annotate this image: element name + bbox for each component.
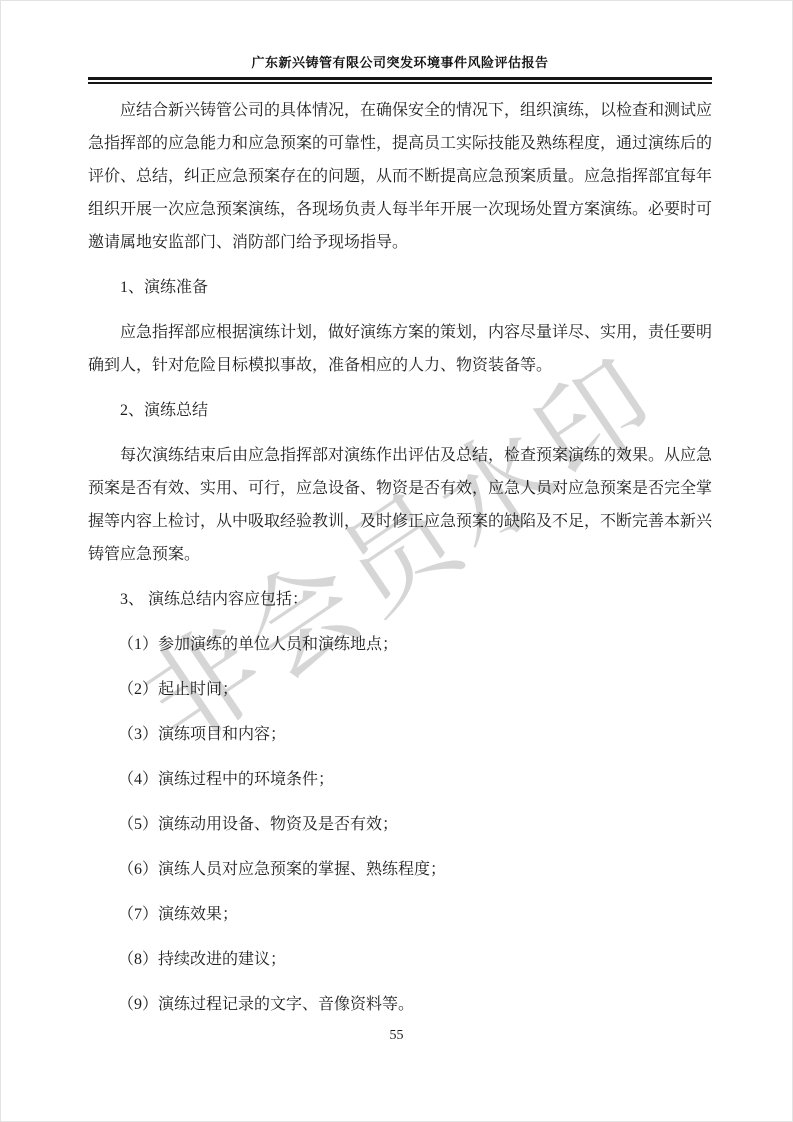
page-content: 广东新兴铸管有限公司突发环境事件风险评估报告 应结合新兴铸管公司的具体情况，在确… — [0, 0, 793, 1021]
list-item-6: （6）演练人员对应急预案的掌握、熟练程度； — [88, 853, 712, 886]
section-3-heading: 3、 演练总结内容应包括： — [88, 583, 712, 616]
header-title: 广东新兴铸管有限公司突发环境事件风险评估报告 — [88, 52, 712, 71]
list-item-1: （1）参加演练的单位人员和演练地点； — [88, 628, 712, 661]
section-1-paragraph: 应急指挥部应根据演练计划，做好演练方案的策划，内容尽量详尽、实用，责任要明确到人… — [88, 316, 712, 382]
header-double-rule — [88, 77, 712, 84]
list-item-9: （9）演练过程记录的文字、音像资料等。 — [88, 988, 712, 1021]
list-item-4: （4）演练过程中的环境条件； — [88, 763, 712, 796]
section-2-paragraph: 每次演练结束后由应急指挥部对演练作出评估及总结，检查预案演练的效果。从应急预案是… — [88, 439, 712, 571]
page-number: 55 — [0, 1028, 793, 1044]
intro-paragraph: 应结合新兴铸管公司的具体情况，在确保安全的情况下，组织演练，以检查和测试应急指挥… — [88, 94, 712, 259]
list-item-7: （7）演练效果； — [88, 898, 712, 931]
list-item-3: （3）演练项目和内容； — [88, 718, 712, 751]
list-item-2: （2）起止时间； — [88, 673, 712, 706]
section-2-heading: 2、演练总结 — [88, 394, 712, 427]
document-body: 应结合新兴铸管公司的具体情况，在确保安全的情况下，组织演练，以检查和测试应急指挥… — [88, 84, 712, 1021]
page-header: 广东新兴铸管有限公司突发环境事件风险评估报告 — [88, 0, 712, 84]
list-item-8: （8）持续改进的建议； — [88, 943, 712, 976]
document-page: 非会员水印 广东新兴铸管有限公司突发环境事件风险评估报告 应结合新兴铸管公司的具… — [0, 0, 793, 1122]
section-1-heading: 1、演练准备 — [88, 271, 712, 304]
list-item-5: （5）演练动用设备、物资及是否有效； — [88, 808, 712, 841]
